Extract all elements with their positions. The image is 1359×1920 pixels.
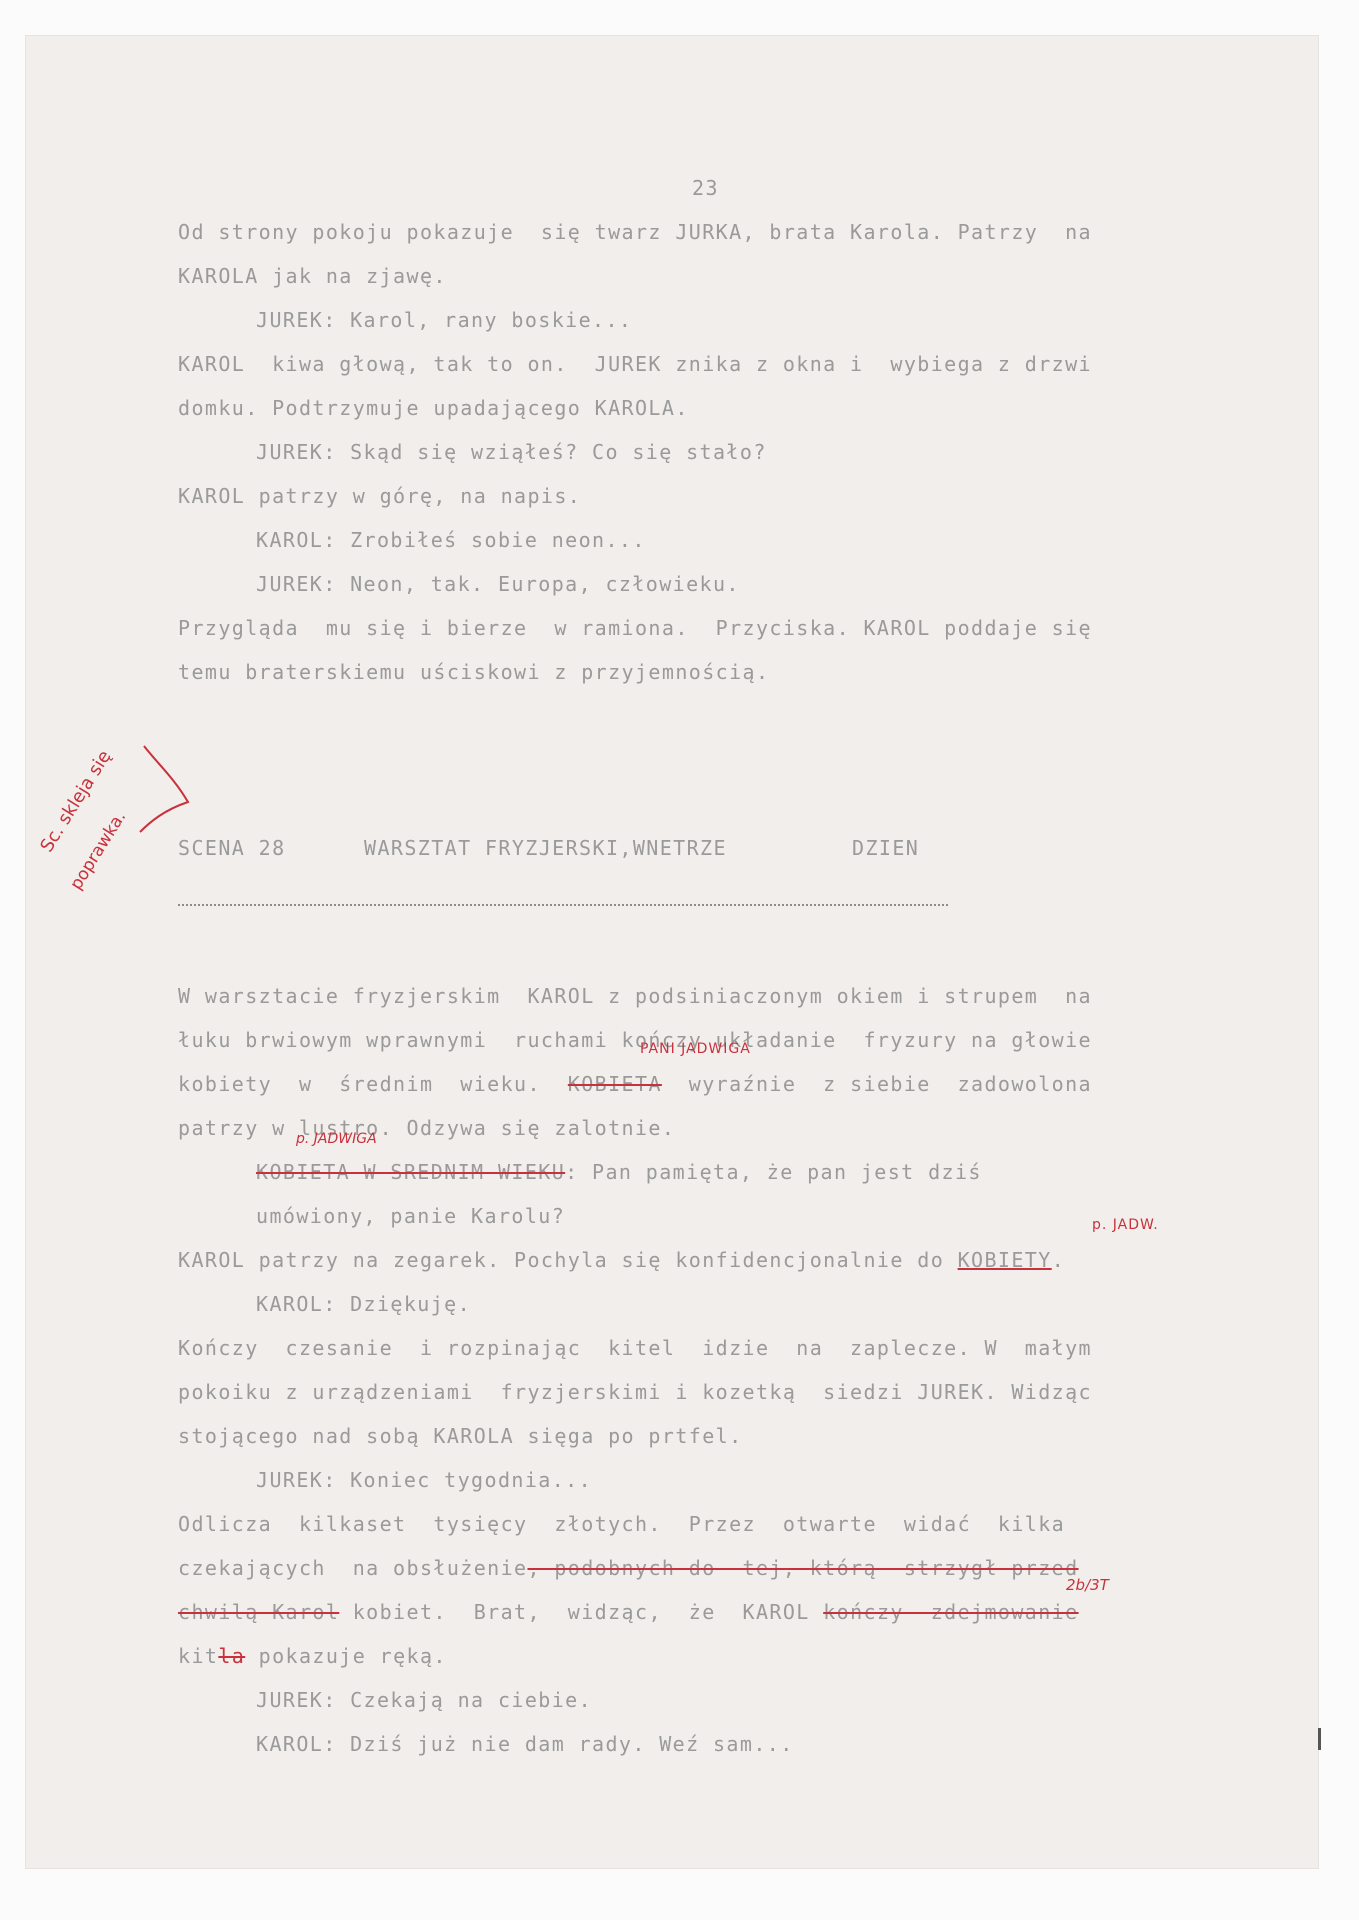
line: temu braterskiemu uściskowi z przyjemnoś… [178, 660, 769, 684]
line: W warsztacie fryzjerskim KAROL z podsini… [178, 984, 1092, 1008]
line-text: . [1052, 1248, 1065, 1272]
struck-text: KOBIETA W SREDNIM WIEKU [256, 1160, 565, 1184]
correction-p-jadwiga: p. JADWIGA [296, 1132, 377, 1146]
underlined-text: KOBIETY [958, 1248, 1052, 1272]
dialogue-line: KAROL: Zrobiłeś sobie neon... [256, 528, 646, 552]
struck-text: , podobnych do tej, którą strzygł przed [527, 1556, 1078, 1580]
line-text: kobiet. Brat, widząc, że KAROL [339, 1600, 823, 1624]
struck-text: chwilą Karol [178, 1600, 339, 1624]
scene-divider [178, 904, 948, 906]
binder-mark [1318, 1728, 1321, 1750]
line: kobiety w średnim wieku. KOBIETA wyraźni… [178, 1072, 1092, 1096]
line: czekających na obsłużenie, podobnych do … [178, 1556, 1079, 1580]
line: stojącego nad sobą KAROLA sięga po prtfe… [178, 1424, 743, 1448]
dialogue-line: umówiony, panie Karolu? [256, 1204, 565, 1228]
correction-code: 2b/3T [1066, 1578, 1109, 1593]
scene-location: WARSZTAT FRYZJERSKI,WNETRZE [364, 836, 727, 860]
correction-pani-jadwiga: PANI JADWIGA [640, 1042, 751, 1056]
dialogue-line: KAROL: Dziś już nie dam rady. Weź sam... [256, 1732, 794, 1756]
line: pokoiku z urządzeniami fryzjerskimi i ko… [178, 1380, 1092, 1404]
line: KAROL patrzy w górę, na napis. [178, 484, 581, 508]
dialogue-line: JUREK: Neon, tak. Europa, człowieku. [256, 572, 740, 596]
script-page: 23 Od strony pokoju pokazuje się twarz J… [26, 36, 1318, 1868]
line: KAROL patrzy na zegarek. Pochyla się kon… [178, 1248, 1065, 1272]
line-text: czekających na obsłużenie [178, 1556, 527, 1580]
line-text: : Pan pamięta, że pan jest dziś [565, 1160, 982, 1184]
line: Kończy czesanie i rozpinając kitel idzie… [178, 1336, 1092, 1360]
line: Od strony pokoju pokazuje się twarz JURK… [178, 220, 1092, 244]
dialogue-line: JUREK: Karol, rany boskie... [256, 308, 632, 332]
line: kitla pokazuje ręką. [178, 1644, 447, 1668]
page-number: 23 [692, 176, 719, 200]
line-text: wyraźnie z siebie zadowolona [662, 1072, 1092, 1096]
struck-text: KOBIETA [568, 1072, 662, 1096]
line: domku. Podtrzymuje upadającego KAROLA. [178, 396, 689, 420]
line: patrzy w lustro. Odzywa się zalotnie. [178, 1116, 675, 1140]
scene-time: DZIEN [852, 836, 919, 860]
dialogue-line: KAROL: Dziękuję. [256, 1292, 471, 1316]
line: Odlicza kilkaset tysięcy złotych. Przez … [178, 1512, 1065, 1536]
line: KAROLA jak na zjawę. [178, 264, 447, 288]
line-text: KAROL patrzy na zegarek. Pochyla się kon… [178, 1248, 958, 1272]
line: łuku brwiowym wprawnymi ruchami kończy u… [178, 1028, 1092, 1052]
line-text: kobiety w średnim wieku. [178, 1072, 568, 1096]
dialogue-line: KOBIETA W SREDNIM WIEKU: Pan pamięta, że… [256, 1160, 982, 1184]
dialogue-line: JUREK: Czekają na ciebie. [256, 1688, 592, 1712]
scene-number: SCENA 28 [178, 836, 286, 860]
line-text: kit [178, 1644, 218, 1668]
struck-text: kończy zdejmowanie [823, 1600, 1078, 1624]
line: KAROL kiwa głową, tak to on. JUREK znika… [178, 352, 1092, 376]
struck-text: la [218, 1644, 245, 1668]
dialogue-line: JUREK: Koniec tygodnia... [256, 1468, 592, 1492]
line: Przygląda mu się i bierze w ramiona. Prz… [178, 616, 1092, 640]
correction-p-jadw: p. JADW. [1092, 1218, 1159, 1232]
line: chwilą Karol kobiet. Brat, widząc, że KA… [178, 1600, 1079, 1624]
dialogue-line: JUREK: Skąd się wziąłeś? Co się stało? [256, 440, 767, 464]
line-text: pokazuje ręką. [245, 1644, 447, 1668]
